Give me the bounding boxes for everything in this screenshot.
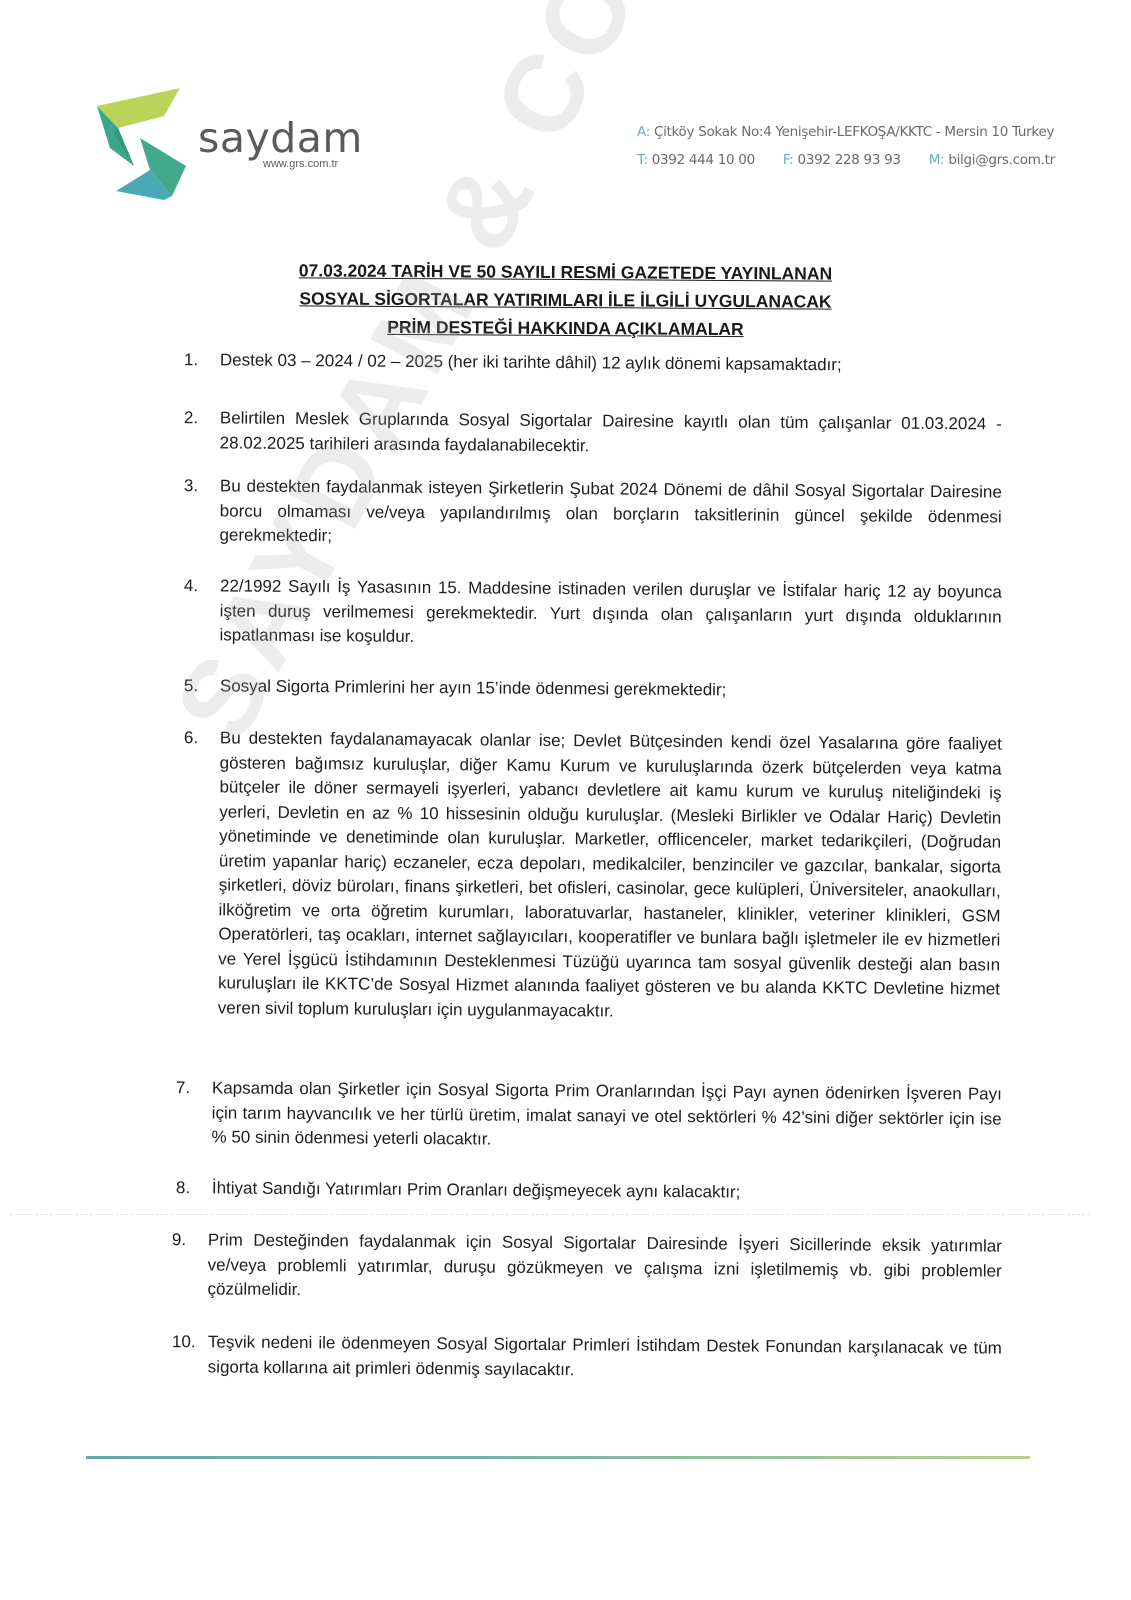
item-number: 8. [164, 1176, 212, 1201]
list-item: 6. Bu destekten faydalanamayacak olanlar… [170, 726, 1002, 1027]
item-text: Sosyal Sigorta Primlerini her ayın 15’in… [220, 674, 1002, 705]
fax-label: F: [783, 152, 794, 168]
item-number: 1. [172, 348, 220, 373]
mail-label: M: [929, 152, 945, 168]
list-item: 3. Bu destekten faydalanmak isteyen Şirk… [171, 474, 1002, 554]
item-number: 10. [160, 1330, 208, 1379]
title-line-3: PRİM DESTEĞİ HAKKINDA AÇIKLAMALAR [0, 311, 1131, 346]
item-number: 7. [163, 1076, 212, 1150]
list-item: 10. Teşvik nedeni ile ödenmeyen Sosyal S… [160, 1330, 1002, 1386]
item-number: 3. [171, 474, 220, 548]
list-item: 1. Destek 03 – 2024 / 02 – 2025 (her iki… [172, 348, 1002, 379]
item-text: Teşvik nedeni ile ödenmeyen Sosyal Sigor… [208, 1330, 1002, 1385]
list-item: 2. Belirtilen Meslek Gruplarında Sosyal … [172, 406, 1002, 462]
item-text: Destek 03 – 2024 / 02 – 2025 (her iki ta… [220, 348, 1002, 379]
item-text: 22/1992 Sayılı İş Yasasının 15. Maddesin… [219, 574, 1002, 654]
document-title: 07.03.2024 TARİH VE 50 SAYILI RESMİ GAZE… [0, 258, 1131, 342]
item-text: Prim Desteğinden faydalanmak için Sosyal… [207, 1228, 1002, 1308]
list-item: 7. Kapsamda olan Şirketler için Sosyal S… [163, 1076, 1002, 1156]
item-number: 2. [172, 406, 220, 455]
item-text: Belirtilen Meslek Gruplarında Sosyal Sig… [220, 406, 1002, 461]
fax-text: 0392 228 93 93 [798, 152, 901, 168]
item-text: Bu destekten faydalanmak isteyen Şirketl… [219, 474, 1002, 554]
brand-url: www.grs.com.tr [263, 158, 338, 170]
address-text: Çitköy Sokak No:4 Yenişehir-LEFKOŞA/KKTC… [654, 124, 1054, 140]
contact-info: A: Çitköy Sokak No:4 Yenişehir-LEFKOŞA/K… [637, 124, 1055, 180]
address-label: A: [637, 124, 650, 140]
phone-text: 0392 444 10 00 [652, 152, 755, 168]
phone-fax-mail-row: T: 0392 444 10 00 F: 0392 228 93 93 M: b… [637, 152, 1055, 180]
phone-label: T: [637, 152, 648, 168]
footer-divider [86, 1456, 1030, 1459]
item-number: 6. [170, 726, 220, 1020]
item-number: 9. [159, 1228, 208, 1302]
saydam-s-logo-icon [94, 88, 190, 200]
list-item: 9. Prim Desteğinden faydalanmak için Sos… [159, 1228, 1002, 1308]
list-item: 4. 22/1992 Sayılı İş Yasasının 15. Madde… [171, 574, 1002, 654]
brand-name: saydam [198, 116, 363, 160]
list-item: 5. Sosyal Sigorta Primlerini her ayın 15… [172, 674, 1002, 705]
brand: saydam www.grs.com.tr [198, 116, 363, 160]
item-text: İhtiyat Sandığı Yatırımları Prim Oranlar… [212, 1176, 1002, 1207]
item-number: 5. [172, 674, 220, 699]
item-number: 4. [171, 574, 220, 648]
item-text: Bu destekten faydalanamayacak olanlar is… [218, 726, 1002, 1026]
list-item: 8. İhtiyat Sandığı Yatırımları Prim Oran… [164, 1176, 1002, 1207]
scan-fold-line [10, 1214, 1090, 1215]
item-text: Kapsamda olan Şirketler için Sosyal Sigo… [211, 1076, 1002, 1156]
mail-text[interactable]: bilgi@grs.com.tr [948, 152, 1055, 168]
address-row: A: Çitköy Sokak No:4 Yenişehir-LEFKOŞA/K… [637, 124, 1055, 152]
